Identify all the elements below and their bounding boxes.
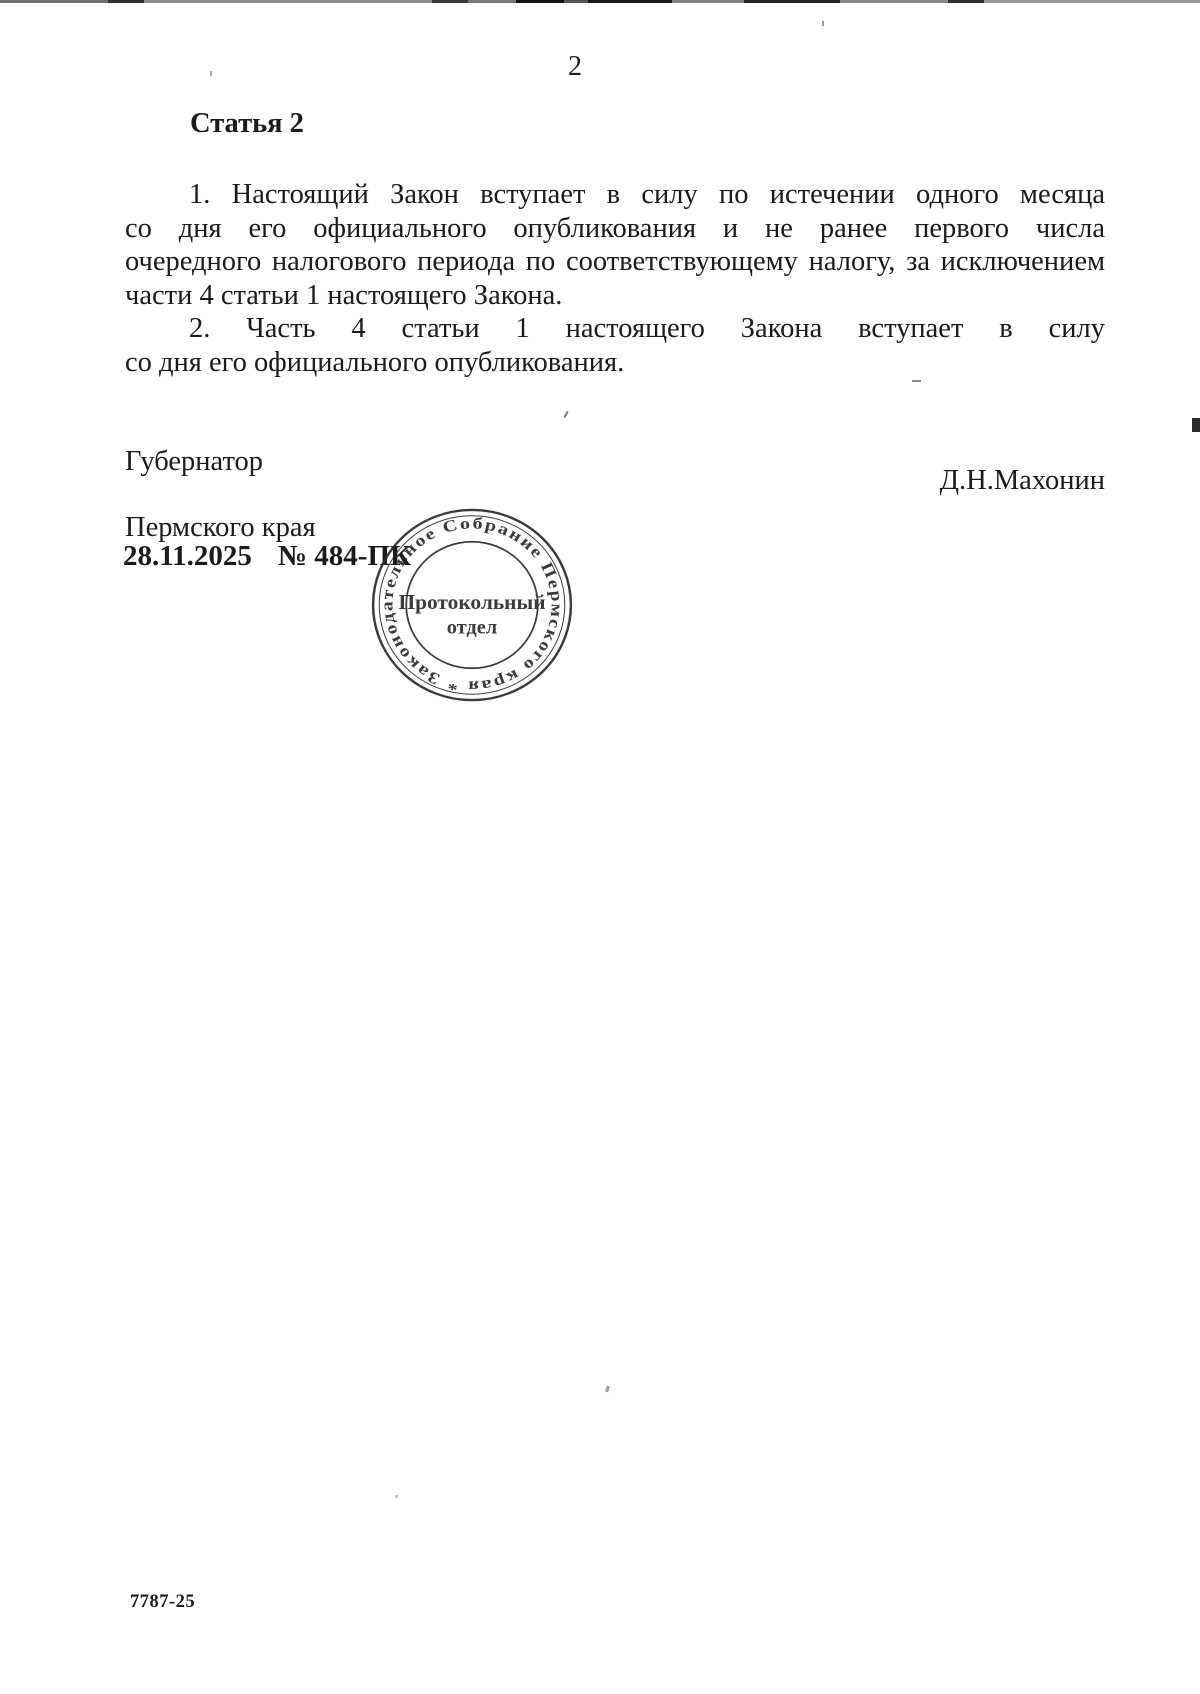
stamp-center-line1: Протокольный	[398, 590, 545, 614]
scan-edge-artifact	[1192, 418, 1200, 432]
scan-speck	[563, 411, 568, 418]
paragraph-line: 2. Часть 4 статьи 1 настоящего Закона вс…	[125, 312, 1105, 346]
paragraph-line: очередного налогового периода по соответ…	[125, 245, 1105, 279]
footer-code: 7787-25	[130, 1592, 195, 1613]
page-number: 2	[125, 50, 1025, 84]
article-heading: Статья 2	[190, 107, 304, 141]
scan-edge-artifact	[0, 0, 1200, 3]
signature-name: Д.Н.Махонин	[940, 464, 1105, 497]
article-body: 1. Настоящий Закон вступает в силу по ис…	[125, 178, 1105, 379]
scanned-document-page: { "page": { "number": "2", "footer_code"…	[0, 0, 1200, 1694]
signature-post-line1: Губернатор	[125, 446, 263, 477]
stamp-center-line2: отдел	[447, 617, 497, 639]
paragraph-line: части 4 статьи 1 настоящего Закона.	[125, 279, 1105, 313]
paragraph-line: 1. Настоящий Закон вступает в силу по ис…	[125, 178, 1105, 212]
scan-speck	[822, 21, 824, 26]
scan-speck	[605, 1386, 610, 1393]
protocol-department-stamp: Законодательное Собрание Пермского края …	[368, 505, 576, 705]
issue-date: 28.11.2025	[123, 540, 252, 572]
scan-speck	[395, 1495, 398, 1498]
paragraph-line: со дня его официального опубликования.	[125, 346, 1105, 380]
scan-speck	[912, 380, 921, 382]
signature-post: Губернатор Пермского края	[125, 445, 316, 544]
paragraph-line: со дня его официального опубликования и …	[125, 212, 1105, 246]
scan-speck	[210, 71, 212, 76]
